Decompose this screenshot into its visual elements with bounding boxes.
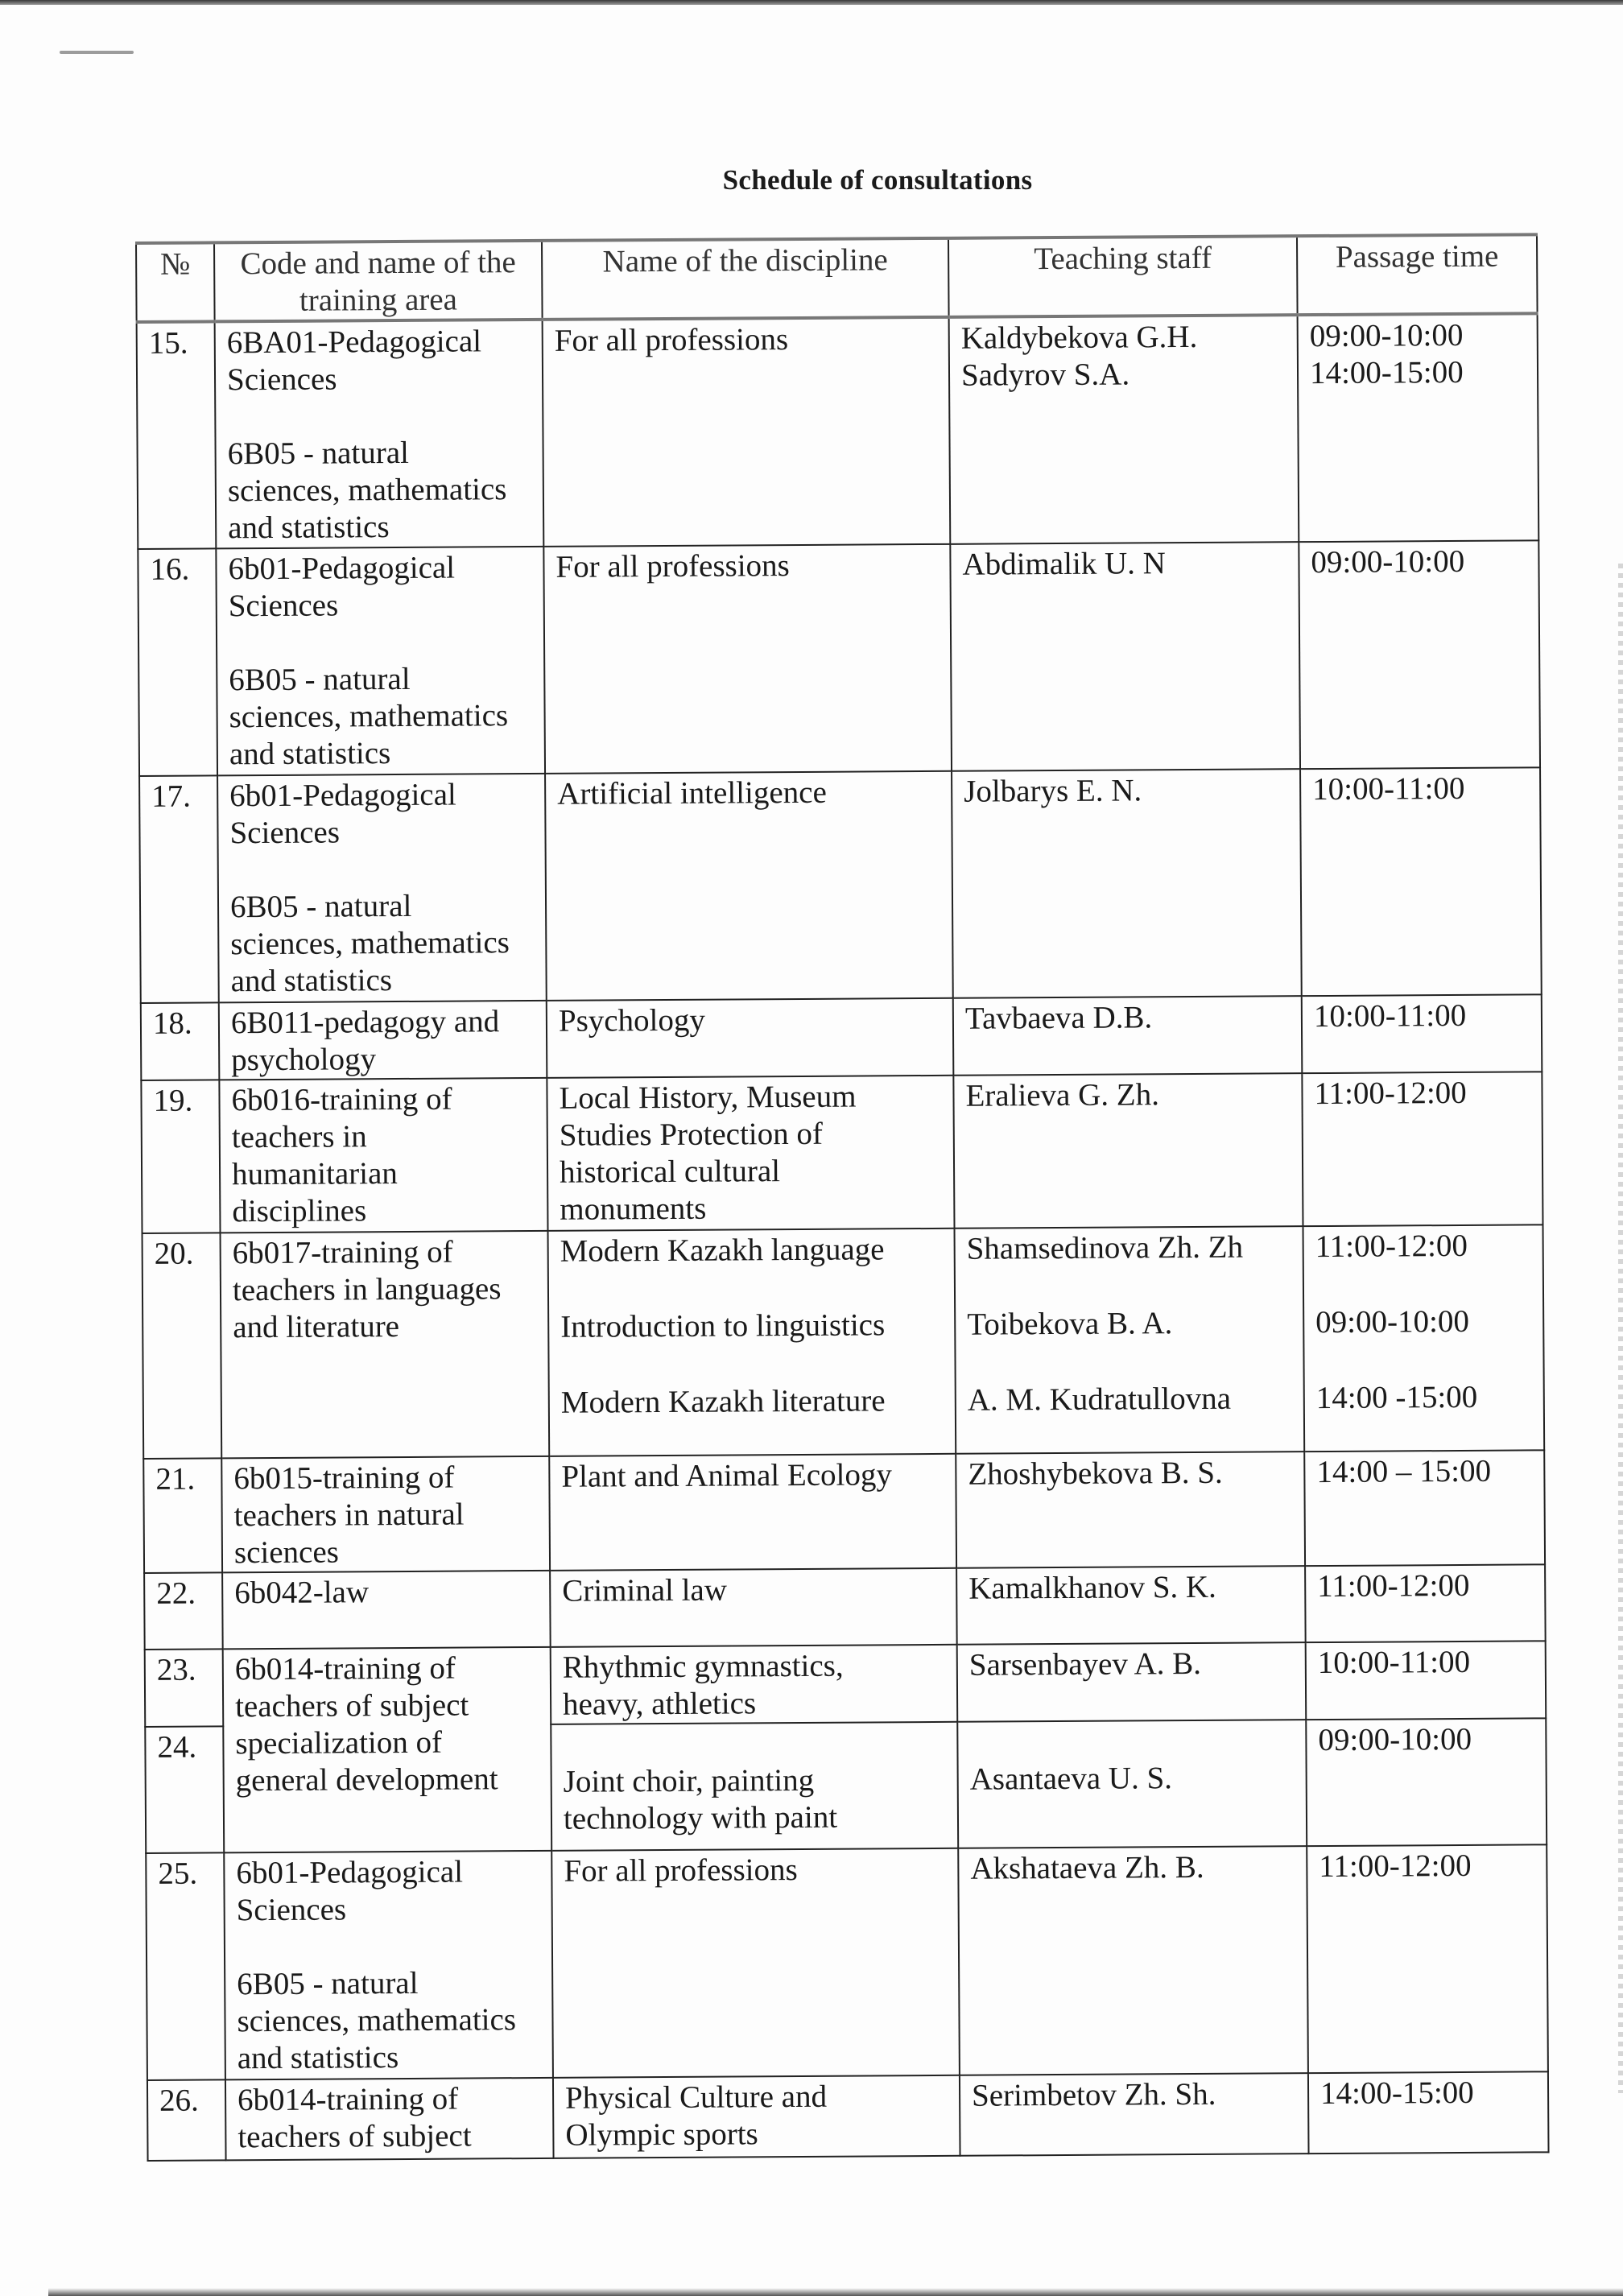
table-header-row: № Code and name of the training area Nam…: [136, 234, 1538, 322]
training-area-cell: 6b01-PedagogicalSciences6B05 - naturalsc…: [217, 774, 547, 1002]
discipline-cell: Joint choir, paintingtechnology with pai…: [551, 1722, 958, 1851]
discipline-cell: For all professions: [543, 317, 951, 547]
teaching-staff-cell: Jolbarys E. N.: [952, 769, 1302, 998]
header-code-line: Code and name of the: [226, 244, 530, 283]
training-area-cell: 6b017-training ofteachers in languagesan…: [221, 1231, 550, 1458]
passage-time-cell-line: 14:00 – 15:00: [1316, 1452, 1532, 1491]
discipline-cell-line: Joint choir, painting: [564, 1761, 946, 1801]
discipline-cell-line: Studies Protection of: [560, 1115, 942, 1154]
training-area-cell-line: 6b01-Pedagogical: [228, 549, 531, 588]
discipline-cell-line: heavy, athletics: [563, 1684, 945, 1724]
teaching-staff-cell-line: Sarsenbayev A. B.: [969, 1645, 1294, 1683]
row-number: 16.: [138, 548, 217, 776]
passage-time-cell: 11:00-12:00: [1305, 1564, 1546, 1642]
teaching-staff-cell: Abdimalik U. N: [950, 542, 1300, 771]
training-area-cell-line: 6b014-training of: [235, 1650, 539, 1688]
training-area-cell: 6BA01-PedagogicalSciences6B05 - naturals…: [215, 320, 544, 548]
teaching-staff-cell-line: Jolbarys E. N.: [964, 771, 1288, 810]
teaching-staff-cell-line: Akshataeva Zh. B.: [970, 1848, 1295, 1887]
row-number: 24.: [145, 1726, 224, 1853]
table-row: 26.6b014-training ofteachers of subjectP…: [147, 2071, 1549, 2161]
table-row: 17.6b01-PedagogicalSciences6B05 - natura…: [139, 767, 1542, 1003]
passage-time-cell-line: 10:00-11:00: [1314, 997, 1530, 1035]
training-area-cell: 6b016-training ofteachers inhumanitarian…: [219, 1078, 547, 1233]
discipline-cell-line: Local History, Museum: [559, 1078, 941, 1117]
teaching-staff-cell-line: Asantaeva U. S.: [970, 1759, 1295, 1798]
header-discipline: Name of the discipline: [542, 238, 949, 320]
training-area-cell-line: general development: [236, 1761, 539, 1799]
discipline-cell-line: technology with paint: [564, 1798, 946, 1838]
training-area-cell-line: 6B05 - natural: [237, 1964, 540, 2003]
consultation-schedule-table: № Code and name of the training area Nam…: [135, 233, 1550, 2162]
teaching-staff-cell-line: A. M. Kudratullovna: [968, 1380, 1292, 1418]
document-title: Schedule of consultations: [0, 164, 1623, 196]
discipline-cell-line: Introduction to linguistics: [560, 1307, 943, 1346]
row-number: 17.: [139, 775, 219, 1003]
row-number: 21.: [143, 1458, 222, 1573]
scan-right-edge: [1618, 564, 1623, 2093]
spacer: [967, 1341, 1291, 1381]
passage-time-cell-line: 09:00-10:00: [1318, 1720, 1534, 1759]
training-area-cell: 6b014-training ofteachers of subject: [225, 2078, 554, 2160]
training-area-cell-line: 6b01-Pedagogical: [229, 776, 533, 815]
teaching-staff-cell: Shamsedinova Zh. ZhToibekova B. A.A. M. …: [955, 1226, 1305, 1454]
training-area-cell-line: sciences, mathematics: [237, 2001, 540, 2040]
passage-time-cell-line: 11:00-12:00: [1314, 1074, 1530, 1113]
training-area-cell-line: 6b017-training of: [233, 1233, 536, 1272]
discipline-cell-line: For all professions: [555, 547, 938, 586]
table-row: 21.6b015-training ofteachers in naturals…: [143, 1450, 1545, 1573]
training-area-cell-line: teachers in natural: [234, 1496, 538, 1534]
teaching-staff-cell: Akshataeva Zh. B.: [958, 1846, 1308, 2075]
passage-time-cell: 09:00-10:0014:00-15:00: [1298, 313, 1539, 542]
training-area-cell-line: 6b014-training of: [237, 2080, 541, 2119]
training-area-cell-line: psychology: [231, 1040, 535, 1079]
passage-time-cell-line: 14:00-15:00: [1310, 353, 1526, 392]
row-number: 20.: [142, 1233, 222, 1459]
discipline-cell-line: Modern Kazakh literature: [561, 1382, 944, 1422]
discipline-cell: Plant and Animal Ecology: [549, 1454, 956, 1571]
training-area-cell-line: and literature: [233, 1307, 536, 1346]
training-area-cell-line: and statistics: [237, 2038, 541, 2077]
passage-time-cell: 10:00-11:00: [1300, 767, 1542, 996]
passage-time-cell: 11:00-12:00: [1307, 1844, 1548, 2073]
passage-time-cell: 14:00-15:00: [1308, 2071, 1549, 2154]
teaching-staff-cell-line: Zhoshybekova B. S.: [968, 1454, 1292, 1493]
passage-time-cell-line: 10:00-11:00: [1318, 1643, 1534, 1682]
discipline-cell: Physical Culture andOlympic sports: [553, 2075, 960, 2158]
passage-time-cell-line: 09:00-10:00: [1310, 316, 1526, 355]
training-area-cell-line: teachers of subject: [237, 2117, 541, 2156]
training-area-cell-line: sciences: [234, 1533, 538, 1571]
training-area-cell-line: 6B05 - natural: [227, 434, 531, 473]
discipline-cell: For all professions: [543, 544, 952, 774]
training-area-cell-line: and statistics: [230, 961, 534, 1000]
row-number: 18.: [141, 1002, 220, 1080]
passage-time-cell: 09:00-10:00: [1299, 540, 1540, 769]
discipline-cell: Local History, MuseumStudies Protection …: [547, 1076, 954, 1231]
discipline-cell-line: For all professions: [555, 320, 937, 360]
training-area-cell-line: sciences, mathematics: [230, 924, 534, 963]
discipline-cell-line: Criminal law: [562, 1571, 944, 1610]
spacer: [560, 1344, 943, 1385]
teaching-staff-cell-line: Abdimalik U. N: [962, 544, 1286, 583]
discipline-cell: For all professions: [551, 1848, 960, 2078]
table-row: 20.6b017-training ofteachers in language…: [142, 1224, 1545, 1459]
table-row: 19.6b016-training ofteachers inhumanitar…: [141, 1072, 1542, 1233]
training-area-cell-line: teachers in: [232, 1117, 535, 1156]
passage-time-cell-line: 11:00-12:00: [1317, 1567, 1533, 1605]
training-area-cell-line: and statistics: [229, 734, 533, 773]
discipline-cell: Modern Kazakh languageIntroduction to li…: [548, 1229, 956, 1456]
row-number: 25.: [146, 1852, 225, 2080]
header-time: Passage time: [1297, 234, 1538, 315]
spacer: [1315, 1264, 1531, 1304]
scan-bottom-edge: [48, 2288, 1623, 2296]
training-area-cell-line: humanitarian: [232, 1154, 535, 1193]
corner-mark: [60, 51, 134, 54]
training-area-cell: 6b014-training ofteachers of subjectspec…: [223, 1647, 552, 1852]
discipline-cell-line: Psychology: [559, 1001, 941, 1040]
spacer: [967, 1266, 1291, 1306]
training-area-cell-line: Sciences: [237, 1890, 540, 1929]
header-number: №: [136, 242, 215, 322]
training-area-cell-line: Sciences: [229, 813, 533, 852]
teaching-staff-cell: Kamalkhanov S. K.: [956, 1566, 1306, 1645]
training-area-cell-line: 6B011-pedagogy and: [231, 1003, 535, 1042]
training-area-cell-line: Sciences: [229, 586, 532, 625]
teaching-staff-cell: Tavbaeva D.B.: [953, 996, 1303, 1076]
discipline-cell: Artificial intelligence: [545, 771, 953, 1001]
teaching-staff-cell: Serimbetov Zh. Sh.: [960, 2073, 1309, 2156]
passage-time-cell-line: 11:00-12:00: [1319, 1847, 1534, 1885]
header-code-line: training area: [226, 281, 530, 320]
training-area-cell: 6B011-pedagogy andpsychology: [219, 1001, 547, 1080]
discipline-cell-line: Olympic sports: [565, 2115, 948, 2154]
discipline-cell-line: monuments: [560, 1189, 942, 1229]
teaching-staff-cell-line: Kamalkhanov S. K.: [968, 1568, 1293, 1607]
discipline-cell: Psychology: [547, 998, 954, 1078]
training-area-cell-line: disciplines: [232, 1191, 535, 1230]
spacer: [560, 1268, 943, 1309]
table-row: 25.6b01-PedagogicalSciences6B05 - natura…: [146, 1844, 1548, 2080]
table-row: 22.6b042-lawCriminal lawKamalkhanov S. K…: [144, 1564, 1546, 1650]
discipline-cell: Criminal law: [550, 1568, 957, 1647]
training-area-cell-line: 6b016-training of: [231, 1080, 535, 1119]
passage-time-cell-line: 14:00 -15:00: [1316, 1378, 1532, 1417]
passage-time-cell: 10:00-11:00: [1302, 994, 1542, 1073]
teaching-staff-cell-line: Tavbaeva D.B.: [965, 998, 1290, 1037]
header-code: Code and name of the training area: [214, 241, 543, 321]
discipline-cell-line: historical cultural: [560, 1152, 942, 1191]
teaching-staff-cell-line: Toibekova B. A.: [967, 1304, 1291, 1343]
row-number: 15.: [137, 321, 217, 549]
teaching-staff-cell-line: Sadyrov S.A.: [961, 355, 1286, 394]
table-row: 15.6BA01-PedagogicalSciences6B05 - natur…: [137, 313, 1539, 549]
passage-time-cell: 11:00-12:00: [1302, 1072, 1542, 1226]
teaching-staff-cell-line: Kaldybekova G.H.: [961, 318, 1286, 357]
discipline-cell-line: Modern Kazakh language: [560, 1231, 943, 1270]
teaching-staff-cell-line: Serimbetov Zh. Sh.: [972, 2075, 1296, 2114]
training-area-cell-line: specialization of: [235, 1724, 539, 1762]
discipline-cell-line: Rhythmic gymnastics,: [563, 1647, 945, 1687]
training-area-cell: 6b01-PedagogicalSciences6B05 - naturalsc…: [216, 547, 545, 775]
teaching-staff-cell: Zhoshybekova B. S.: [956, 1452, 1305, 1568]
teaching-staff-cell: Sarsenbayev A. B.: [957, 1642, 1307, 1722]
teaching-staff-cell: Eralieva G. Zh.: [953, 1073, 1303, 1229]
table-body: 15.6BA01-PedagogicalSciences6B05 - natur…: [137, 313, 1549, 2161]
passage-time-cell-line: 10:00-11:00: [1312, 770, 1528, 808]
training-area-cell-line: and statistics: [228, 508, 531, 547]
row-number: 22.: [144, 1572, 223, 1650]
teaching-staff-cell-line: Shamsedinova Zh. Zh: [967, 1229, 1291, 1267]
discipline-cell-line: Artificial intelligence: [557, 774, 940, 813]
teaching-staff-cell: Asantaeva U. S.: [957, 1720, 1307, 1848]
passage-time-cell: 10:00-11:00: [1306, 1641, 1547, 1720]
row-number: 23.: [145, 1649, 224, 1727]
training-area-cell-line: teachers of subject: [235, 1687, 539, 1725]
row-number: 26.: [147, 2079, 226, 2161]
training-area-cell-line: 6B05 - natural: [230, 887, 534, 926]
passage-time-cell-line: 09:00-10:00: [1311, 543, 1526, 581]
spacer: [1315, 1340, 1531, 1380]
training-area-cell-line: sciences, mathematics: [229, 697, 532, 736]
training-area-cell-line: 6b015-training of: [233, 1459, 537, 1497]
training-area-cell-line: [230, 850, 534, 889]
discipline-cell-line: Physical Culture and: [565, 2078, 948, 2117]
scan-top-edge: [0, 0, 1623, 5]
passage-time-cell: 11:00-12:0009:00-10:0014:00 -15:00: [1303, 1224, 1544, 1452]
passage-time-cell-line: 14:00-15:00: [1320, 2074, 1536, 2112]
training-area-cell-line: 6b042-law: [234, 1573, 538, 1612]
header-staff: Teaching staff: [948, 236, 1298, 317]
teaching-staff-cell: Kaldybekova G.H.Sadyrov S.A.: [949, 315, 1299, 544]
passage-time-cell-line: 09:00-10:00: [1315, 1303, 1531, 1341]
discipline-cell-line: Plant and Animal Ecology: [561, 1456, 944, 1496]
training-area-cell-line: 6B05 - natural: [229, 660, 532, 699]
discipline-cell-line: For all professions: [564, 1851, 946, 1890]
training-area-cell-line: sciences, mathematics: [228, 471, 531, 510]
table-row: 18.6B011-pedagogy andpsychologyPsycholog…: [141, 994, 1542, 1080]
training-area-cell-line: 6BA01-Pedagogical: [227, 323, 531, 361]
table-row: 23.6b014-training ofteachers of subjects…: [145, 1641, 1547, 1727]
training-area-cell-line: [237, 1927, 540, 1966]
training-area-cell: 6b01-PedagogicalSciences6B05 - naturalsc…: [224, 1851, 553, 2079]
passage-time-cell: 09:00-10:00: [1306, 1718, 1547, 1846]
training-area-cell: 6b042-law: [222, 1571, 551, 1649]
training-area-cell-line: 6b01-Pedagogical: [236, 1853, 539, 1892]
training-area-cell-line: [229, 623, 532, 662]
training-area-cell-line: Sciences: [227, 360, 531, 398]
training-area-cell-line: [227, 397, 531, 436]
training-area-cell-line: teachers in languages: [233, 1270, 536, 1309]
training-area-cell: 6b015-training ofteachers in naturalscie…: [221, 1456, 550, 1572]
discipline-cell: Rhythmic gymnastics,heavy, athletics: [551, 1645, 958, 1724]
row-number: 19.: [141, 1080, 220, 1233]
passage-time-cell: 14:00 – 15:00: [1304, 1450, 1545, 1566]
passage-time-cell-line: 11:00-12:00: [1315, 1227, 1531, 1266]
table-row: 16.6b01-PedagogicalSciences6B05 - natura…: [138, 540, 1540, 776]
teaching-staff-cell-line: Eralieva G. Zh.: [965, 1076, 1290, 1114]
